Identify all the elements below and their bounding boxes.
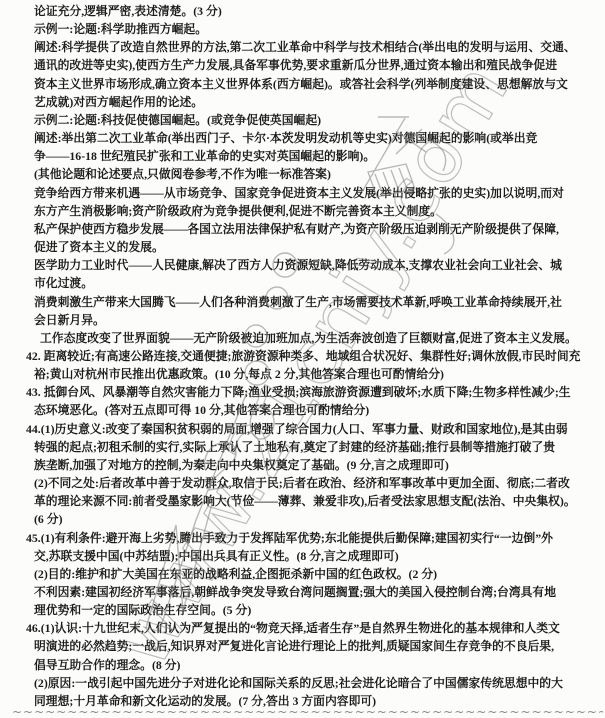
text-line-16: 市化过渡。 [0,274,605,292]
text-line-34: 理优势和一定的国际政治生存空间。(5 分) [0,601,605,619]
text-line-30: 45.(1)有利条件:避开海上劣势,腾出手致力于发挥陆军优势;东北能提供后勤保障… [0,529,605,547]
text-line-35: 46.(1)认识:十九世纪末,人们认为严复提出的“物竞天择,适者生存”是自然界生… [0,619,605,637]
text-line-22: 43. 抵御台风、风暴潮等自然灾害能力下降;渔业受损;滨海旅游资源遭到破坏;水质… [0,383,605,401]
text-line-6: 艺成就)对西方崛起作用的论述。 [0,93,605,111]
answer-key-text-block: 论证充分,逻辑严密,表述清楚。(3 分)示例一:论题:科学助推西方崛起。阐述:科… [0,2,605,710]
text-line-29: (6 分) [0,510,605,528]
text-line-32: (2)目的:维护和扩大美国在东亚的战略利益,企图扼杀新中国的红色政权。(2 分) [0,565,605,583]
text-line-24: 44.(1)历史意义:改变了秦国积贫积弱的局面,增强了综合国力(人口、军事力量、… [0,420,605,438]
text-line-36: 明演进的必然趋势;一战后,知识界对严复进化言论进行理论上的批判,质疑国家间生存竞… [0,637,605,655]
text-line-4: 通讯的改进等史实),使西方生产力发展,具备军事优势,要求重新瓜分世界,通过资本输… [0,56,605,74]
text-line-23: 态环境恶化。(答对五点即可得 10 分,其他答案合理也可酌情给分) [0,401,605,419]
text-line-26: 族垄断,加强了对地方的控制,为秦走向中央集权奠定了基础。(9 分,言之成理即可) [0,456,605,474]
text-line-15: 医学助力工业时代——人民健康,解决了西方人力资源短缺,降低劳动成本,支撑农业社会… [0,256,605,274]
scanned-answer-page: www.21cnjy.com 论证充分,逻辑严密,表述清楚。(3 分)示例一:论… [0,0,605,718]
text-line-1: 论证充分,逻辑严密,表述清楚。(3 分) [0,2,605,20]
text-line-27: (2)不同之处:后者改革中善于发动群众,取信于民;后者在政治、经济和军事改革中更… [0,474,605,492]
text-line-13: 私产保护使西方稳步发展——各国立法用法律保护私有财产,为资产阶级压迫剥削无产阶级… [0,220,605,238]
text-line-7: 示例二:论题:科技促使德国崛起。(或竞争促使英国崛起) [0,111,605,129]
text-line-9: 争——16-18 世纪殖民扩张和工业革命的史实对英国崛起的影响)。 [0,147,605,165]
text-line-3: 阐述:科学提供了改造自然世界的方法,第二次工业革命中科学与技术相结合(举出电的发… [0,38,605,56]
text-line-17: 消费刺激生产带来大国腾飞——人们各种消费刺激了生产,市场需要技术革新,呼唤工业革… [0,293,605,311]
text-line-12: 东方产生消极影响;资产阶级政府为竞争提供便利,促进不断完善资本主义制度。 [0,202,605,220]
text-line-11: 竞争给西方带来机遇——从市场竞争、国家竞争促进资本主义发展(举出侵略扩张的史实)… [0,184,605,202]
text-line-2: 示例一:论题:科学助推西方崛起。 [0,20,605,38]
text-line-20: 42. 距离较近;有高速公路连接,交通便捷;旅游资源种类多、地域组合状况好、集群… [0,347,605,365]
text-line-33: 不利因素:建国初经济军事落后,朝鲜战争突发导致台湾问题搁置;强大的美国入侵控制台… [0,583,605,601]
text-line-19: 工作态度改变了世界面貌——无产阶级被迫加班加点,为生活奔波创造了巨额财富,促进了… [0,329,605,347]
text-line-38: (2)原因:一战引起中国先进分子对进化论和国际关系的反思;社会进化论暗合了中国儒… [0,674,605,692]
text-line-31: 交,苏联支援中国(中苏结盟);中国出兵具有正义性。(8 分,言之成理即可) [0,547,605,565]
text-line-8: 阐述:举出第二次工业革命(举出西门子、卡尔·本茨发明发动机等史实)对德国崛起的影… [0,129,605,147]
text-line-14: 促进了资本主义的发展。 [0,238,605,256]
decorative-border: ~~~~~~~~~~~~~~~~~~~~~~~~~~~~~~~~~~~~~~~~… [12,705,603,718]
text-line-25: 转强的起点;初租禾制的实行,实际上承认了土地私有,奠定了封建的经济基础;推行县制… [0,438,605,456]
text-line-5: 资本主义世界市场形成,确立资本主义世界体系(西方崛起)。或答社会科学(列举制度建… [0,75,605,93]
text-line-21: 裕;黄山对杭州市民推出优惠政策。(10 分,每点 2 分,其他答案合理也可酌情给… [0,365,605,383]
text-line-10: (其他论题和论述要点,只做阅卷参考,不作为唯一标准答案) [0,165,605,183]
text-line-18: 会日新月异。 [0,311,605,329]
text-line-28: 革的理论来源不同:前者受墨家影响大(节俭——薄葬、兼爱非攻),后者受法家思想支配… [0,492,605,510]
text-line-37: 倡导互助合作的理念。(8 分) [0,656,605,674]
